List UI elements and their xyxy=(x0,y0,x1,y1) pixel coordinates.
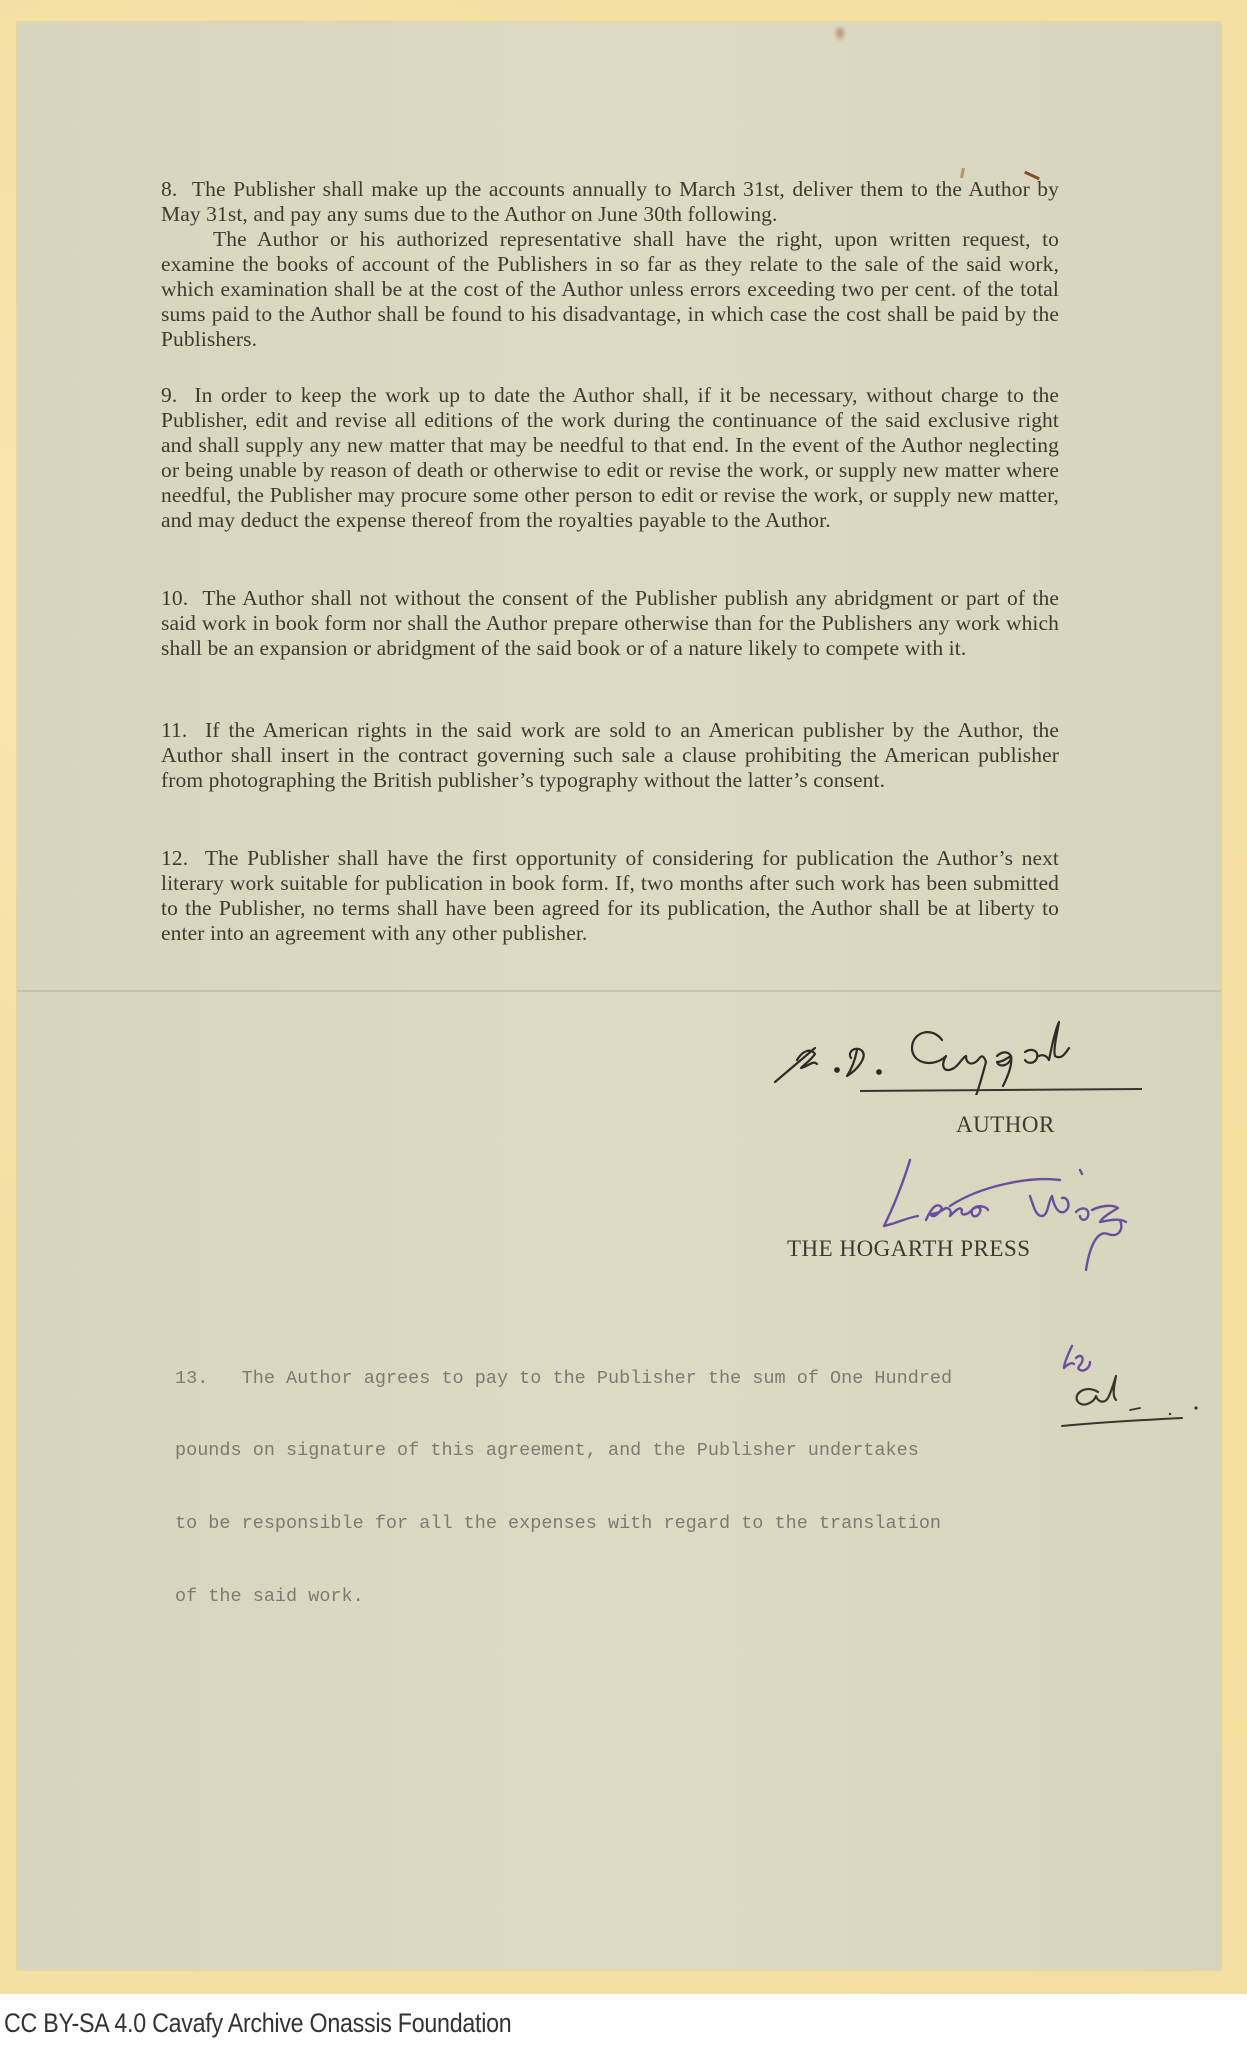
clause-number: 8. xyxy=(161,177,177,201)
clause-10-para-1: 10. The Author shall not without the con… xyxy=(161,586,1059,661)
publisher-label: THE HOGARTH PRESS xyxy=(787,1236,1031,1262)
clause-text: If the American rights in the said work … xyxy=(161,718,1059,792)
typed-line: 13. The Author agrees to pay to the Publ… xyxy=(175,1367,1055,1391)
license-caption: CC BY-SA 4.0 Cavafy Archive Onassis Foun… xyxy=(4,2008,511,2039)
author-signature xyxy=(767,1010,1147,1095)
clause-12-para-1: 12. The Publisher shall have the first o… xyxy=(161,846,1059,946)
author-label: AUTHOR xyxy=(956,1112,1055,1138)
fold-crease xyxy=(17,990,1221,992)
typed-line: pounds on signature of this agreement, a… xyxy=(175,1439,1055,1463)
clause-8: 8. The Publisher shall make up the accou… xyxy=(161,177,1059,352)
clause-number: 9. xyxy=(161,383,177,407)
clause-text: The Publisher shall have the first oppor… xyxy=(161,846,1059,945)
clause-8-para-2: The Author or his authorized representat… xyxy=(161,227,1059,352)
clause-number: 11. xyxy=(161,718,187,742)
clause-12: 12. The Publisher shall have the first o… xyxy=(161,846,1059,946)
clause-11: 11. If the American rights in the said w… xyxy=(161,718,1059,793)
marginal-initials xyxy=(1058,1340,1203,1435)
clause-9-para-1: 9. In order to keep the work up to date … xyxy=(161,383,1059,533)
clause-8-para-1: 8. The Publisher shall make up the accou… xyxy=(161,177,1059,227)
clause-text: The Publisher shall make up the accounts… xyxy=(161,177,1059,226)
clause-9: 9. In order to keep the work up to date … xyxy=(161,383,1059,533)
clause-10: 10. The Author shall not without the con… xyxy=(161,586,1059,661)
clause-11-para-1: 11. If the American rights in the said w… xyxy=(161,718,1059,793)
typed-line: of the said work. xyxy=(175,1585,1055,1609)
clause-number: 12. xyxy=(161,846,188,870)
clause-number: 10. xyxy=(161,586,188,610)
typed-clause-13: 13. The Author agrees to pay to the Publ… xyxy=(175,1318,1055,1634)
clause-text: The Author shall not without the consent… xyxy=(161,586,1059,660)
clause-text: In order to keep the work up to date the… xyxy=(161,383,1059,532)
ink-stain xyxy=(833,24,847,42)
typed-line: to be responsible for all the expenses w… xyxy=(175,1512,1055,1536)
